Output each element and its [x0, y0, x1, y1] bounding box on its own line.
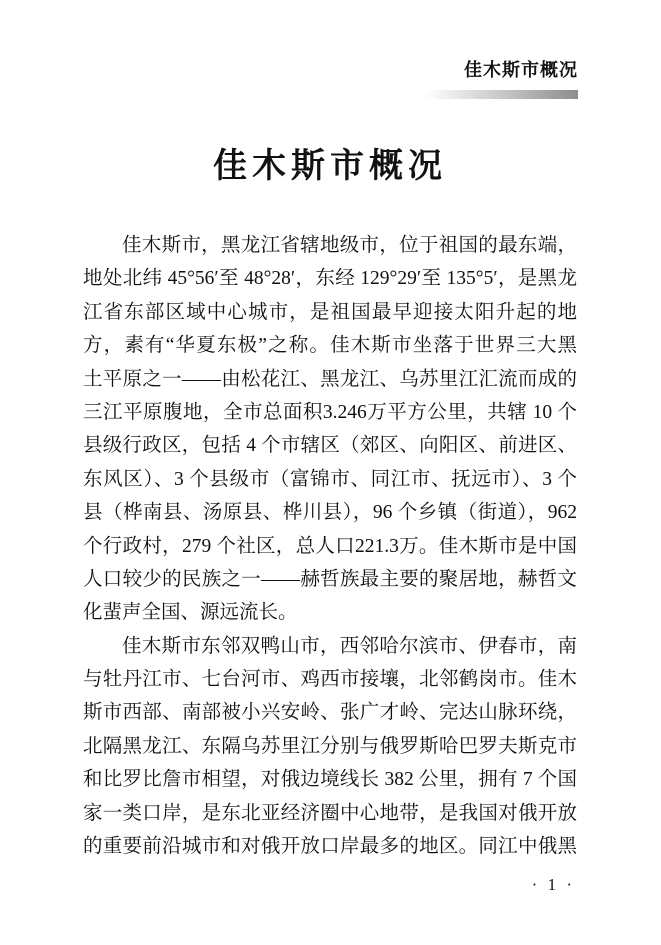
body-text: 佳木斯市，黑龙江省辖地级市，位于祖国的最东端， 地处北纬 45°56′至 48°…	[83, 229, 577, 863]
text-line: 东风区）、3 个县级市（富锦市、同江市、抚远市）、3 个	[83, 463, 577, 496]
text-line: 佳木斯市东邻双鸭山市，西邻哈尔滨市、伊春市，南	[83, 630, 577, 663]
text-line: 三江平原腹地，全市总面积3.246万平方公里，共辖 10 个	[83, 396, 577, 429]
paragraph-2: 佳木斯市东邻双鸭山市，西邻哈尔滨市、伊春市，南 与牡丹江市、七台河市、鸡西市接壤…	[83, 630, 577, 864]
text-line: 县（桦南县、汤原县、桦川县），96 个乡镇（街道），962	[83, 496, 577, 529]
text-line: 土平原之一——由松花江、黑龙江、乌苏里江汇流而成的	[83, 363, 577, 396]
text-line: 北隔黑龙江、东隔乌苏里江分别与俄罗斯哈巴罗夫斯克市	[83, 730, 577, 763]
text-line: 方，素有“华夏东极”之称。佳木斯市坐落于世界三大黑	[83, 329, 577, 362]
text-line: 县级行政区，包括 4 个市辖区（郊区、向阳区、前进区、	[83, 429, 577, 462]
header-gradient-bar	[425, 90, 578, 99]
text-line: 家一类口岸，是东北亚经济圈中心地带，是我国对俄开放	[83, 797, 577, 830]
text-line: 佳木斯市，黑龙江省辖地级市，位于祖国的最东端，	[83, 229, 577, 262]
text-line: 斯市西部、南部被小兴安岭、张广才岭、完达山脉环绕，	[83, 696, 577, 729]
page-title: 佳木斯市概况	[83, 143, 577, 191]
text-line: 地处北纬 45°56′至 48°28′，东经 129°29′至 135°5′，是…	[83, 262, 577, 295]
text-line: 个行政村，279 个社区，总人口221.3万。佳木斯市是中国	[83, 530, 577, 563]
text-line: 江省东部区域中心城市，是祖国最早迎接太阳升起的地	[83, 296, 577, 329]
page-number: · 1 ·	[532, 872, 575, 898]
text-line: 的重要前沿城市和对俄开放口岸最多的地区。同江中俄黑	[83, 830, 577, 863]
text-line: 与牡丹江市、七台河市、鸡西市接壤，北邻鹤岗市。佳木	[83, 663, 577, 696]
text-line: 人口较少的民族之一——赫哲族最主要的聚居地，赫哲文	[83, 563, 577, 596]
text-line: 和比罗比詹市相望，对俄边境线长 382 公里，拥有 7 个国	[83, 763, 577, 796]
paragraph-1: 佳木斯市，黑龙江省辖地级市，位于祖国的最东端， 地处北纬 45°56′至 48°…	[83, 229, 577, 630]
running-header-title: 佳木斯市概况	[464, 59, 578, 81]
text-line: 化蜚声全国、源远流长。	[83, 596, 577, 629]
book-page: 佳木斯市概况 佳木斯市概况 佳木斯市，黑龙江省辖地级市，位于祖国的最东端， 地处…	[0, 0, 661, 945]
